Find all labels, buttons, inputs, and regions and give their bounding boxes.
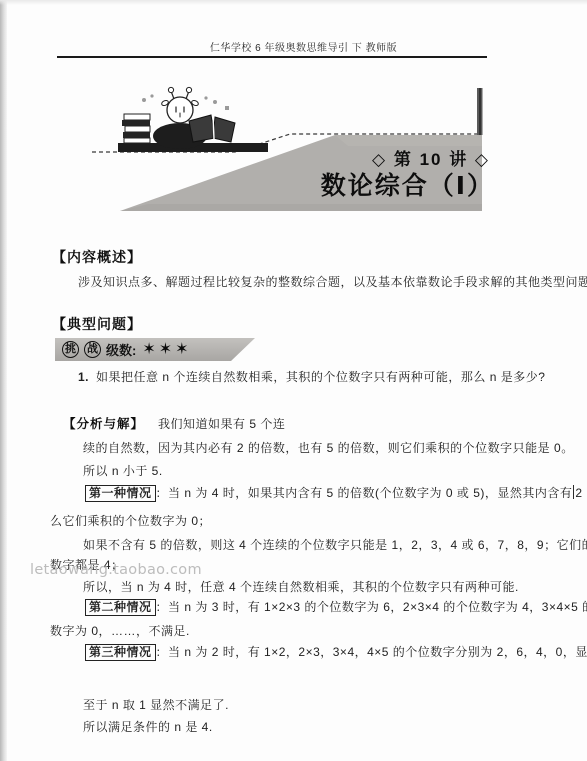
lecture-banner: ◇ 第 10 讲 ◇ 数论综合（Ⅰ） bbox=[88, 86, 490, 226]
challenge-level-label: 级数: bbox=[106, 340, 136, 359]
analysis-heading-line: 【分析与解】我们知道如果有 5 个连 bbox=[63, 416, 285, 432]
watermark-text: letaowang.taobao.com bbox=[30, 562, 202, 578]
analysis-line: 么它们乘积的个位数字为 0； bbox=[50, 513, 211, 529]
header-rule bbox=[57, 56, 487, 58]
case-3-text: 当 n 为 2 时，有 1×2，2×3，3×4，4×5 的个位数字分别为 2，6… bbox=[168, 645, 587, 659]
problem-1-text: 如果把任意 n 个连续自然数相乘，其积的个位数字只有两种可能，那么 n 是多少? bbox=[96, 370, 545, 384]
case-1-separator: ： bbox=[156, 486, 169, 500]
mascot-icon bbox=[118, 87, 268, 152]
problem-1-number: 1. bbox=[78, 370, 89, 384]
overview-section-heading: 【内容概述】 bbox=[52, 247, 142, 267]
case-2-line: 第二种情况：当 n 为 3 时，有 1×2×3 的个位数字为 6，2×3×4 的… bbox=[85, 599, 587, 616]
case-3-separator: ： bbox=[156, 645, 169, 659]
scan-edge-left bbox=[0, 0, 7, 761]
challenge-circle-char1: 挑 bbox=[62, 341, 79, 358]
case-1-text-a: 当 n 为 4 时，如果其内含有 5 的倍数(个位数字为 0 或 5)，显然其内… bbox=[168, 486, 572, 500]
analysis-line: 如果不含有 5 的倍数，则这 4 个连续的个位数字只能是 1，2，3，4 或 6… bbox=[83, 537, 587, 553]
problem-1-line: 1.如果把任意 n 个连续自然数相乘，其积的个位数字只有两种可能，那么 n 是多… bbox=[78, 369, 545, 385]
case-2-text: 当 n 为 3 时，有 1×2×3 的个位数字为 6，2×3×4 的个位数字为 … bbox=[168, 600, 587, 614]
case-1-line: 第一种情况：当 n 为 4 时，如果其内含有 5 的倍数(个位数字为 0 或 5… bbox=[85, 485, 587, 502]
challenge-circle-char2: 战 bbox=[84, 341, 101, 358]
analysis-heading: 【分析与解】 bbox=[63, 417, 144, 431]
case-3-line: 第三种情况：当 n 为 2 时，有 1×2，2×3，3×4，4×5 的个位数字分… bbox=[85, 644, 587, 661]
analysis-intro: 我们知道如果有 5 个连 bbox=[158, 417, 285, 431]
problems-section-heading: 【典型问题】 bbox=[52, 314, 142, 334]
case-2-label-box: 第二种情况 bbox=[85, 599, 156, 616]
challenge-level-badge: 挑 战 级数: ✶✶✶ bbox=[55, 338, 255, 361]
case-1-label-box: 第一种情况 bbox=[85, 485, 156, 502]
analysis-line: 所以满足条件的 n 是 4. bbox=[83, 719, 213, 735]
analysis-line: 数字为 0，……，不满足. bbox=[50, 623, 190, 639]
analysis-line: 至于 n 取 1 显然不满足了. bbox=[83, 697, 229, 713]
lecture-title: 数论综合（Ⅰ） bbox=[321, 166, 494, 202]
scan-edge-top bbox=[0, 0, 587, 5]
case-1-text-b: 2 的倍数，那 bbox=[575, 486, 587, 500]
analysis-line: 所以 n 小于 5. bbox=[83, 463, 163, 479]
case-3-label-box: 第三种情况 bbox=[85, 644, 156, 661]
case-2-separator: ： bbox=[156, 600, 169, 614]
analysis-line: 续的自然数，因为其内必有 2 的倍数，也有 5 的倍数，则它们乘积的个位数字只能… bbox=[83, 440, 574, 456]
star-rating-icon: ✶✶✶ bbox=[142, 342, 191, 358]
analysis-line: 所以，当 n 为 4 时，任意 4 个连续自然数相乘，其积的个位数字只有两种可能… bbox=[83, 579, 519, 595]
page-header-title: 仁华学校 6 年级奥数思维导引 下 教师版 bbox=[10, 39, 587, 54]
overview-text: 涉及知识点多、解题过程比较复杂的整数综合题，以及基本依靠数论手段求解的其他类型问… bbox=[78, 274, 587, 290]
